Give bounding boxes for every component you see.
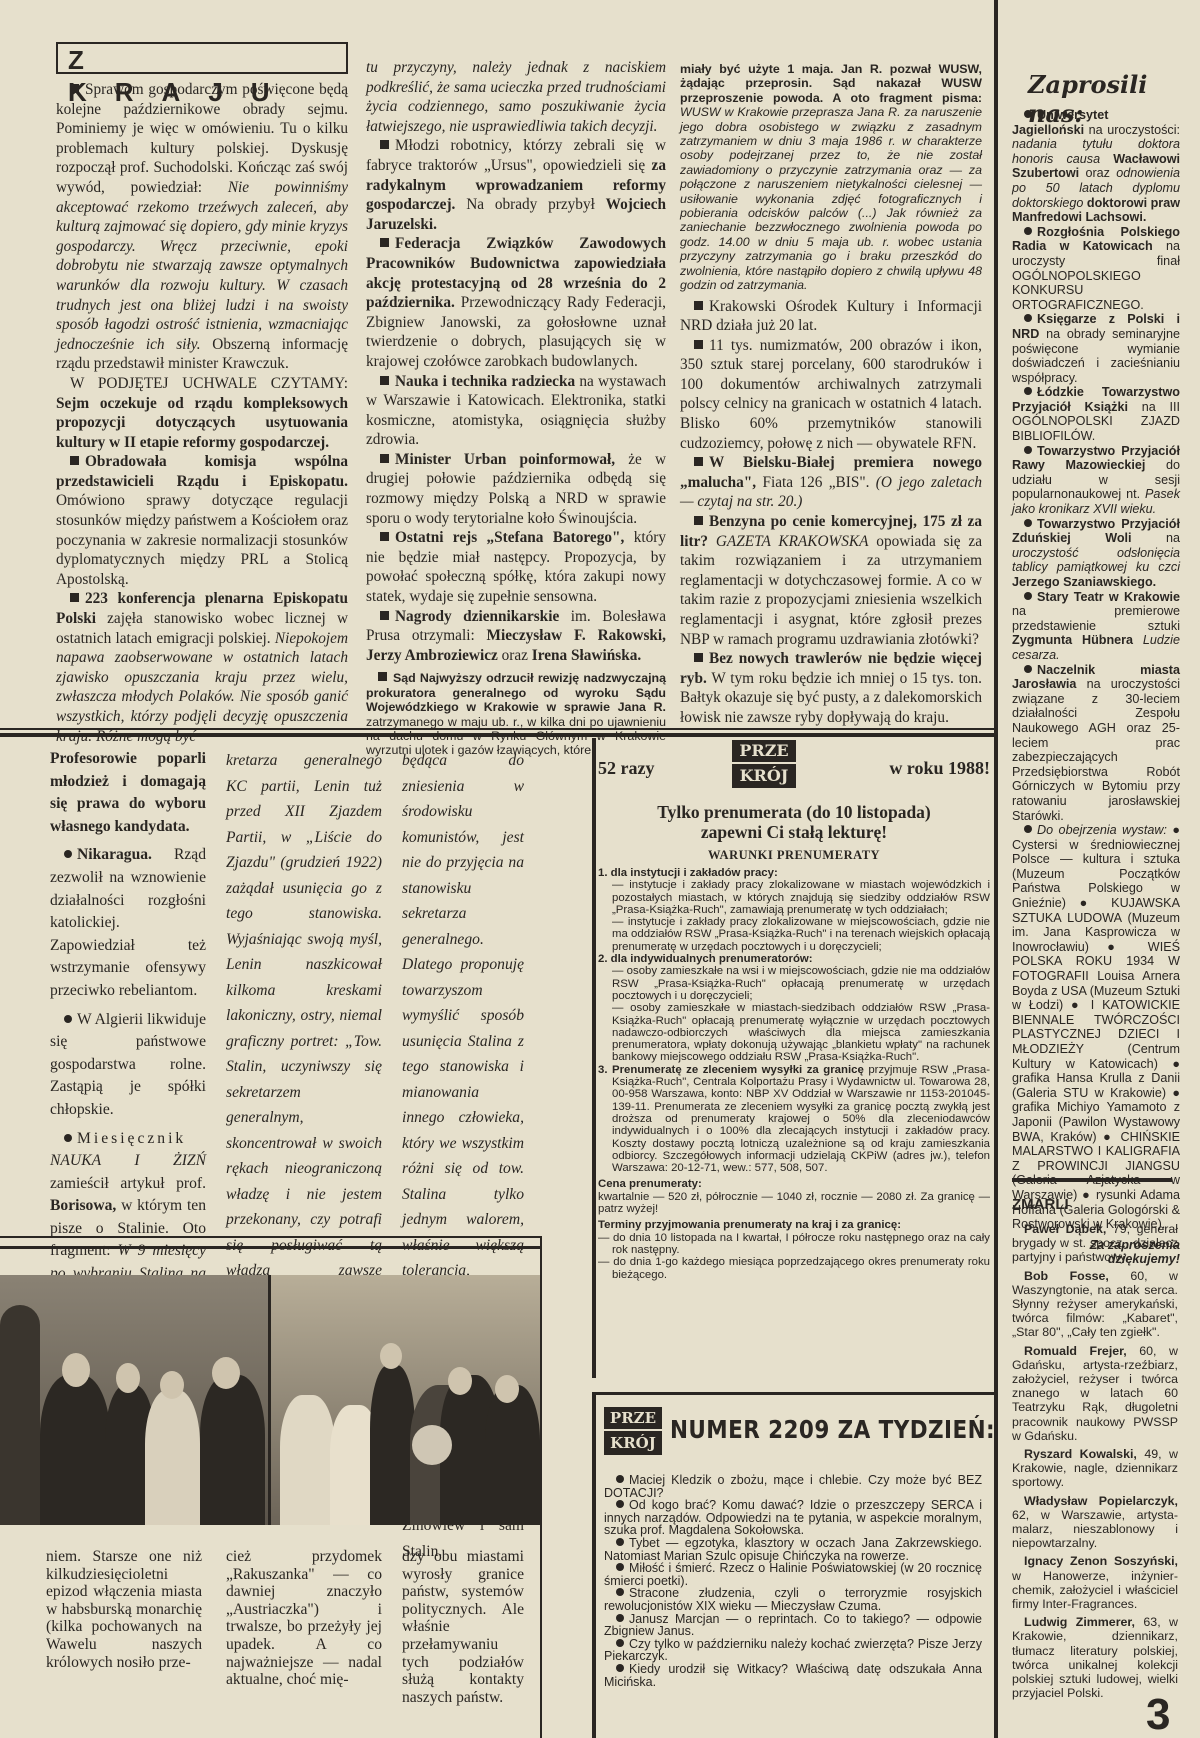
column-1-top: Sprawom gospodarczym poświęcone będą kol… <box>56 80 348 746</box>
mid-column-1: Profesorowie poparli młodzież i domagają… <box>50 748 206 1308</box>
bullet-square-icon <box>694 653 703 662</box>
bullet-square-icon <box>70 84 79 93</box>
bottom-column-2: cież przydomek „Rakuszanka" — co dawniej… <box>226 1548 382 1689</box>
page-number: 3 <box>1146 1690 1170 1738</box>
zmarli-list: Paweł Dąbek, 79, generał brygady w st. s… <box>1012 1222 1178 1701</box>
sidebar-divider <box>1012 1178 1172 1182</box>
column-divider <box>540 1236 542 1738</box>
bullet-dot-icon <box>1024 519 1032 527</box>
bullet-dot-icon <box>616 1500 624 1508</box>
numer-header: PRZE KRÓJ NUMER 2209 ZA TYDZIEŃ: <box>604 1407 988 1465</box>
bullet-dot-icon <box>1024 825 1032 833</box>
bullet-dot-icon <box>1024 446 1032 454</box>
bullet-square-icon <box>694 457 703 466</box>
bullet-dot-icon <box>1024 387 1032 395</box>
bullet-dot-icon <box>1024 314 1032 322</box>
bullet-dot-icon <box>616 1538 624 1546</box>
bullet-square-icon <box>380 238 389 247</box>
section-divider <box>0 1246 540 1249</box>
bullet-square-icon <box>378 672 387 681</box>
section-divider <box>0 728 994 730</box>
bullet-dot-icon <box>616 1639 624 1647</box>
numer-items: Maciej Kledzik o zbożu, mące i chlebie. … <box>604 1474 982 1688</box>
bullet-square-icon <box>694 301 703 310</box>
bullet-dot-icon <box>64 1015 72 1023</box>
bullet-square-icon <box>70 593 79 602</box>
logo-top: PRZE <box>732 740 796 762</box>
bullet-square-icon <box>70 456 79 465</box>
section-divider <box>0 1236 540 1238</box>
section-header-z-kraju: Z KRAJU <box>56 42 348 74</box>
przekroj-logo-small: PRZE KRÓJ <box>604 1407 662 1455</box>
ad-right-text: w roku 1988! <box>889 758 990 779</box>
numer-title: NUMER 2209 ZA TYDZIEŃ: <box>670 1415 995 1444</box>
bullet-dot-icon <box>1024 665 1032 673</box>
bullet-dot-icon <box>616 1475 624 1483</box>
ad-left-text: 52 razy <box>598 758 654 779</box>
przekroj-logo: PRZE KRÓJ <box>732 740 796 788</box>
mid-column-2: kretarza generalnego KC partii, Lenin tu… <box>226 748 382 1360</box>
news-photo <box>0 1275 540 1525</box>
zmarli-title: ZMARLI <box>1012 1196 1069 1213</box>
subscription-ad: 52 razy PRZE KRÓJ w roku 1988! Tylko pre… <box>598 740 990 1281</box>
bullet-dot-icon <box>1024 592 1032 600</box>
bullet-square-icon <box>380 376 389 385</box>
bullet-dot-icon <box>64 850 72 858</box>
ad-headline: Tylko prenumerata (do 10 listopada) zape… <box>598 802 990 842</box>
bullet-square-icon <box>380 454 389 463</box>
column-3-top: miały być użyte 1 maja. Jan R. pozwał WU… <box>680 62 982 728</box>
bullet-square-icon <box>380 611 389 620</box>
bullet-dot-icon <box>1024 110 1032 118</box>
bullet-dot-icon <box>1024 227 1032 235</box>
bottom-column-1: niem. Starsze one niż kilkudziesięciolet… <box>46 1548 202 1671</box>
bullet-dot-icon <box>616 1614 624 1622</box>
ad-subhead: WARUNKI PRENUMERATY <box>598 848 990 863</box>
zaprosili-list: Uniwersytet Jagielloński na uroczystości… <box>1012 108 1180 1267</box>
logo-bottom: KRÓJ <box>732 764 796 788</box>
bullet-dot-icon <box>616 1664 624 1672</box>
bullet-dot-icon <box>616 1588 624 1596</box>
bullet-square-icon <box>380 532 389 541</box>
bullet-dot-icon <box>64 1134 72 1142</box>
bullet-dot-icon <box>616 1563 624 1571</box>
bullet-square-icon <box>694 340 703 349</box>
column-2-top: tu przyczyny, należy jednak z naciskiem … <box>366 58 666 758</box>
section-divider <box>0 733 994 737</box>
bullet-square-icon <box>380 140 389 149</box>
bullet-square-icon <box>694 516 703 525</box>
bottom-column-3: dzy obu miastami wyrosły granice państw,… <box>402 1548 524 1706</box>
